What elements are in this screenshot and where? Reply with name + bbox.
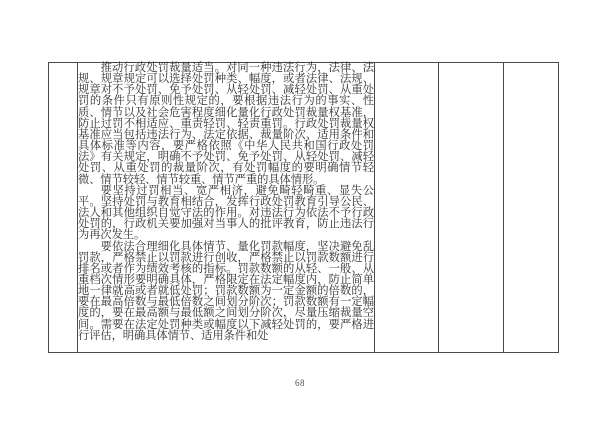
paragraph-1: 推动行政处罚裁量适当。对同一种违法行为，法律、法规、规章规定可以选择处罚种类、幅…: [78, 63, 374, 186]
paragraph-3: 要依法合理细化具体情节、量化罚款幅度，坚决避免乱罚款，严格禁止以罚款进行创收，严…: [78, 242, 374, 342]
text-cell: 推动行政处罚裁量适当。对同一种违法行为，法律、法规、规章规定可以选择处罚种类、幅…: [78, 63, 375, 353]
empty-cell-3: [504, 63, 559, 353]
page-number: 68: [0, 378, 600, 388]
empty-cell-2: [439, 63, 504, 353]
document-page: 推动行政处罚裁量适当。对同一种违法行为，法律、法规、规章规定可以选择处罚种类、幅…: [0, 0, 600, 424]
paragraph-2: 要坚持过罚相当、宽严相济，避免畸轻畸重、显失公平。坚持处罚与教育相结合，发挥行政…: [78, 186, 374, 242]
table-row: 推动行政处罚裁量适当。对同一种违法行为，法律、法规、规章规定可以选择处罚种类、幅…: [49, 63, 559, 353]
empty-cell-1: [375, 63, 439, 353]
content-table: 推动行政处罚裁量适当。对同一种违法行为，法律、法规、规章规定可以选择处罚种类、幅…: [48, 62, 559, 353]
empty-cell-left: [49, 63, 78, 353]
